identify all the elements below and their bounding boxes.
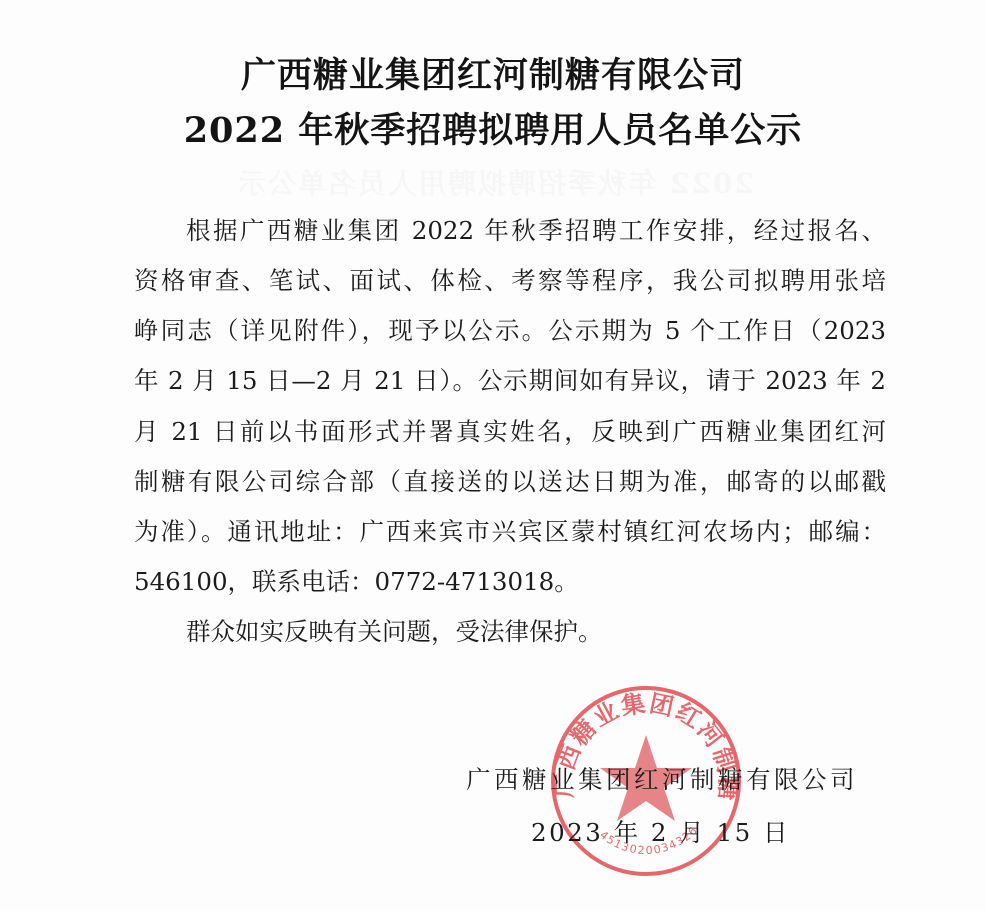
bleed-through-text: 2022 年秋季招聘拟聘用人员名单公示 [235,162,755,194]
signature-organization: 广西糖业集团红河制糖有限公司 [466,761,858,796]
body-line: 根据广西糖业集团 2022 年秋季招聘工作安排，经过报名、 [186,216,886,246]
body-line: 为准）。通讯地址：广西来宾市兴宾区蒙村镇红河农场内；邮编： [134,517,886,547]
closing-paragraph: 群众如实反映有关问题，受法律保护。 [186,617,886,647]
body-line: 年 2 月 15 日—2 月 21 日）。公示期间如有异议，请于 2023 年 … [134,366,886,396]
body-line: 制糖有限公司综合部（直接送的以送达日期为准，邮寄的以邮戳 [134,467,886,497]
scanned-document-page: 广西糖业集团红河制糖有限公司 2022 年秋季招聘拟聘用人员名单公示 2022 … [0,0,986,911]
body-line: 546100，联系电话：0772-4713018。 [134,567,886,597]
body-line: 月 21 日前以书面形式并署真实姓名，反映到广西糖业集团红河 [134,417,886,447]
body-line: 资格审查、笔试、面试、体检、考察等程序，我公司拟聘用张培 [134,266,886,296]
signature-date: 2023 年 2 月 15 日 [531,814,790,849]
document-title-line-1: 广西糖业集团红河制糖有限公司 [0,56,986,96]
body-line: 峥同志（详见附件），现予以公示。公示期为 5 个工作日（2023 [134,316,886,346]
document-title-line-2: 2022 年秋季招聘拟聘用人员名单公示 [0,111,986,151]
